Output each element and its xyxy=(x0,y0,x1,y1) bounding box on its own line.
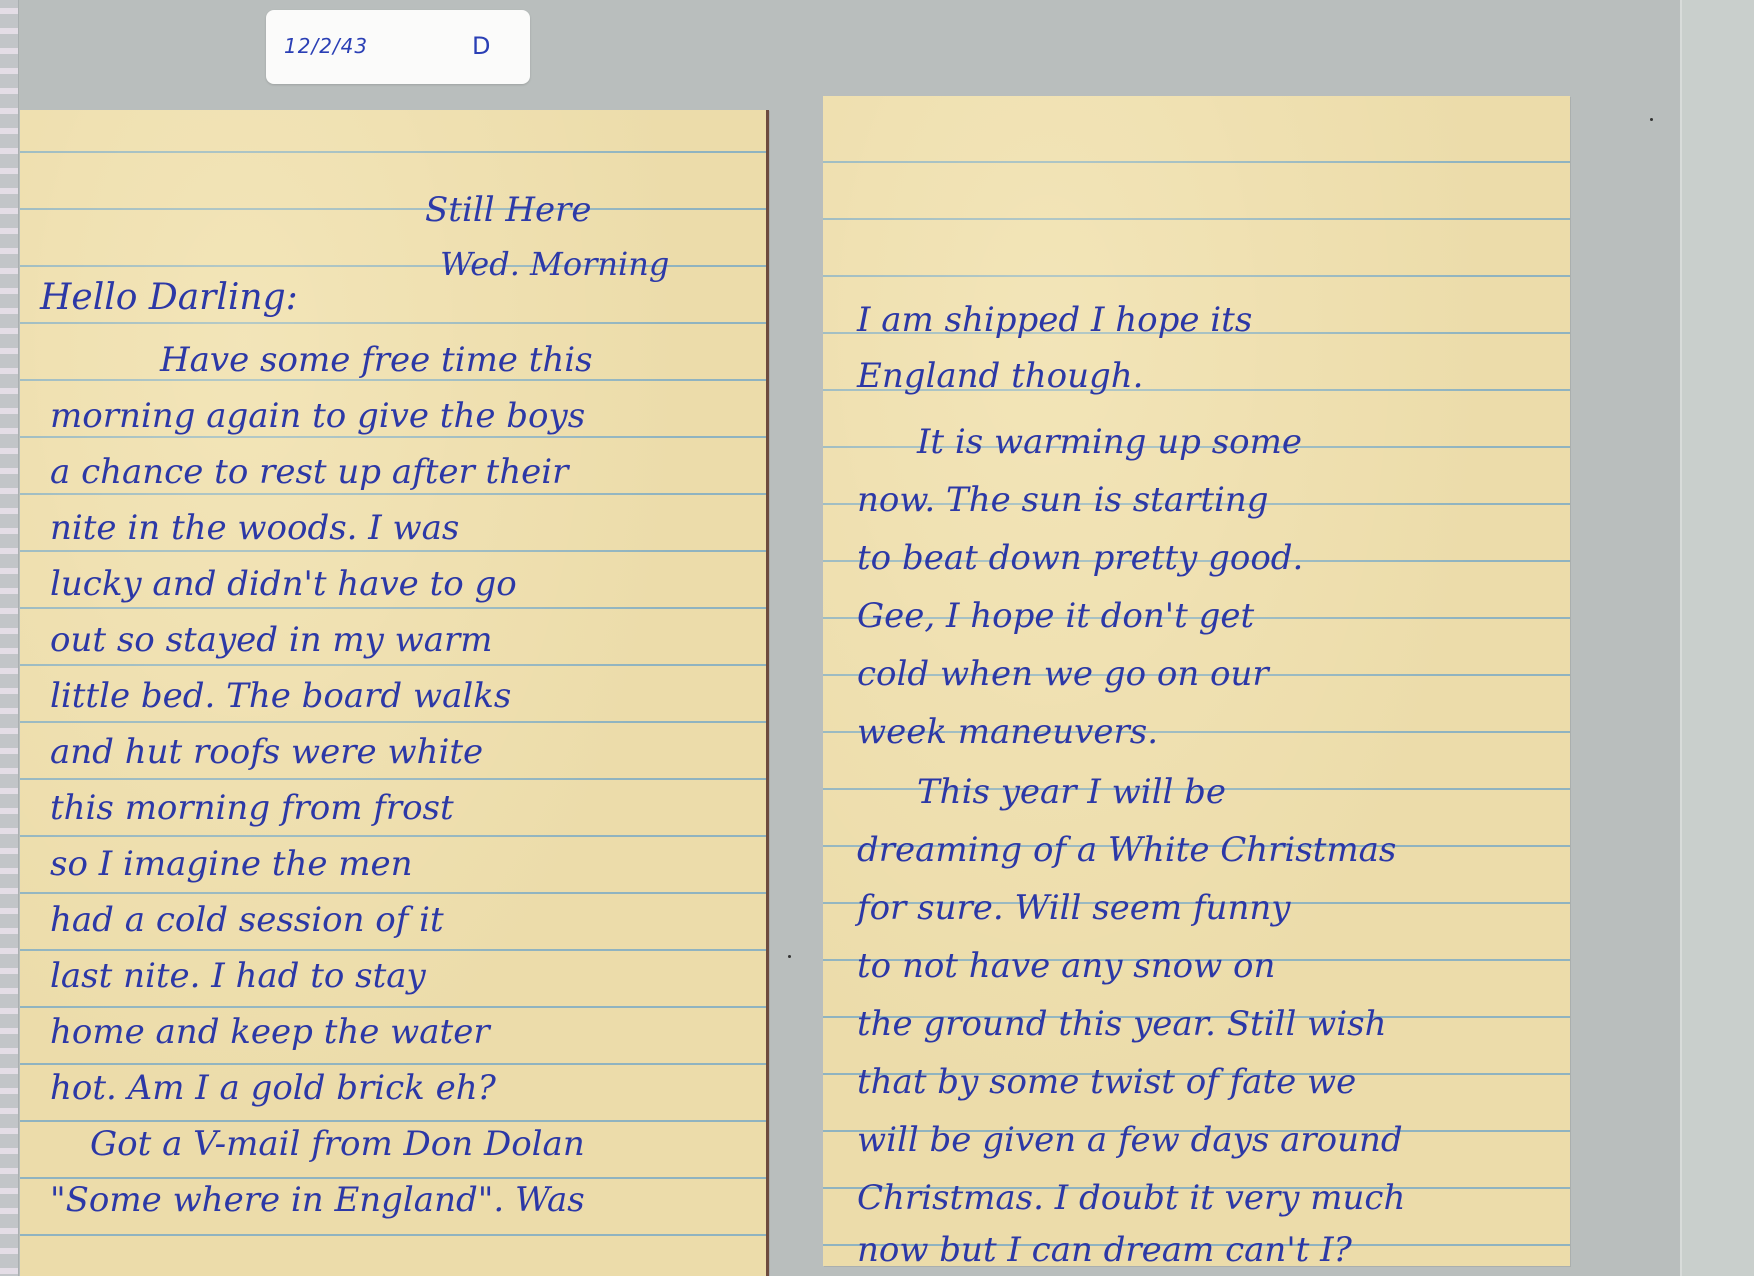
scan-speck xyxy=(1650,118,1653,121)
label-date: 12/2/43 xyxy=(284,34,368,58)
letter-line: last nite. I had to stay xyxy=(50,948,746,1004)
letter-line: week maneuvers. xyxy=(857,704,1550,760)
letter-line: Have some free time this xyxy=(50,332,746,388)
letter-line: home and keep the water xyxy=(50,1004,746,1060)
letter-line: for sure. Will seem funny xyxy=(857,880,1550,936)
letter-line: It is warming up some xyxy=(857,414,1550,470)
letter-line: England though. xyxy=(857,348,1550,404)
letter-line: hot. Am I a gold brick eh? xyxy=(50,1060,746,1116)
letter-line: dreaming of a White Christmas xyxy=(857,822,1550,878)
letter-line: this morning from frost xyxy=(50,780,746,836)
letter-line: "Some where in England". Was xyxy=(50,1172,746,1228)
letter-line: little bed. The board walks xyxy=(50,668,746,724)
letter-line: Got a V-mail from Don Dolan xyxy=(50,1116,746,1172)
letter-line: lucky and didn't have to go xyxy=(50,556,746,612)
salutation: Hello Darling: xyxy=(40,270,746,326)
letter-line: I am shipped I hope its xyxy=(857,292,1550,348)
letter-page-left: Still Here Wed. Morning Hello Darling: H… xyxy=(20,110,769,1276)
label-letter-id: D xyxy=(472,32,490,60)
date-label: 12/2/43 D xyxy=(266,10,530,84)
letter-line: Christmas. I doubt it very much xyxy=(857,1170,1550,1226)
letter-line: nite in the woods. I was xyxy=(50,500,746,556)
letter-location: Still Here xyxy=(425,190,592,230)
letter-line: that by some twist of fate we xyxy=(857,1054,1550,1110)
letter-line: morning again to give the boys xyxy=(50,388,746,444)
letter-page-right: I am shipped I hope its England though. … xyxy=(823,96,1570,1266)
letter-line: now but I can dream can't I? xyxy=(857,1222,1550,1276)
letter-line: had a cold session of it xyxy=(50,892,746,948)
letter-line: to not have any snow on xyxy=(857,938,1550,994)
sleeve-perforation-strip xyxy=(0,0,19,1276)
letter-line: now. The sun is starting xyxy=(857,472,1550,528)
scanner-background-strip xyxy=(1680,0,1754,1276)
letter-line: out so stayed in my warm xyxy=(50,612,746,668)
scan-speck xyxy=(788,955,791,958)
letter-line: This year I will be xyxy=(857,764,1550,820)
letter-line: Gee, I hope it don't get xyxy=(857,588,1550,644)
letter-line: so I imagine the men xyxy=(50,836,746,892)
letter-line: a chance to rest up after their xyxy=(50,444,746,500)
letter-line: and hut roofs were white xyxy=(50,724,746,780)
letter-line: will be given a few days around xyxy=(857,1112,1550,1168)
letter-line: to beat down pretty good. xyxy=(857,530,1550,586)
letter-line: the ground this year. Still wish xyxy=(857,996,1550,1052)
letter-line: cold when we go on our xyxy=(857,646,1550,702)
